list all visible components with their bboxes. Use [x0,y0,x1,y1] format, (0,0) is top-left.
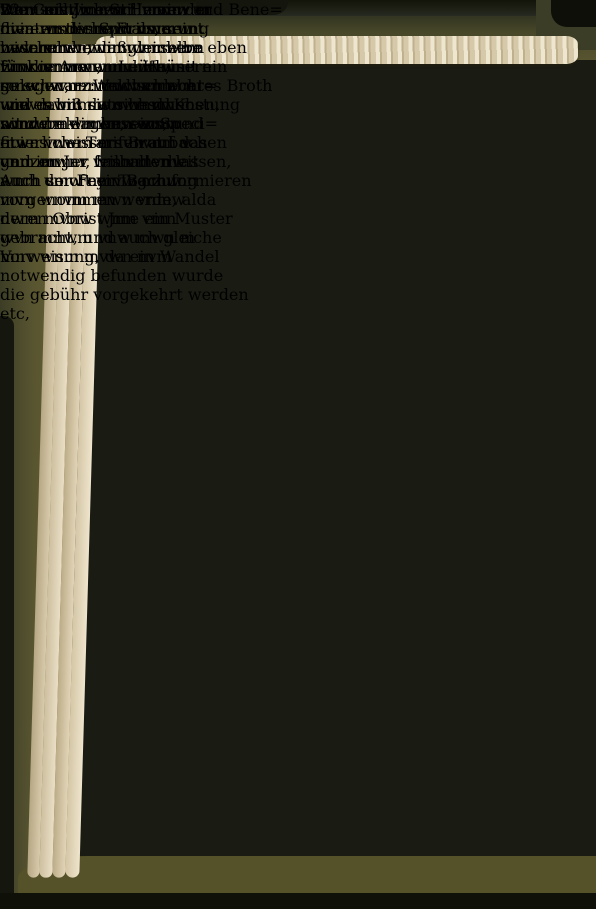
manuscript-line: ficierliche Tarifen auf das [0,133,283,152]
manuscript-line: Die Geistlichen Herren und Bene= [0,0,283,19]
manuscript-line: nit zubeklagen, ein Speci= [0,114,283,133]
manuscript-line: deren Obrist Jme ein Muster [0,209,272,228]
manuscript-line: gebracht, und auch gleiche [0,228,272,247]
manuscript-line: gelegen, ~ Welchen aber= [0,76,283,95]
manuscript-line: ficiaten des Spitals, seint [0,19,283,38]
manuscript-line: vorgenommen werde, alda [0,190,272,209]
manuscript-line: auch der Feyr Tag zuformieren [0,171,283,190]
manuscript-line: widerumben in gleichem [0,38,283,57]
manuscript-line: Einkommen, und Heüsern [0,57,283,76]
manuscript-line-etcetera: etc, [0,304,272,323]
manuscript-line: die gebühr vorgekehrt werden [0,285,272,304]
manuscript-line: notwendig befunden wurde [0,266,272,285]
manuscript-scan: 22 5 wmv nmwm vnm mwnv m nvm wmn mvnw nw… [0,0,596,909]
ink-text-paragraph-2: Die Geistlichen Herren und Bene= ficiate… [0,0,283,190]
manuscript-line: Vorweisung, da ein Wandel [0,247,272,266]
manuscript-line: ganzen Jar, Insonderheit [0,152,283,171]
binding-shadow-left [0,316,14,900]
binding-corner [551,0,596,27]
manuscript-line: und damit sie sich d. Kostung [0,95,283,114]
binding-shadow-bottom [0,893,596,909]
